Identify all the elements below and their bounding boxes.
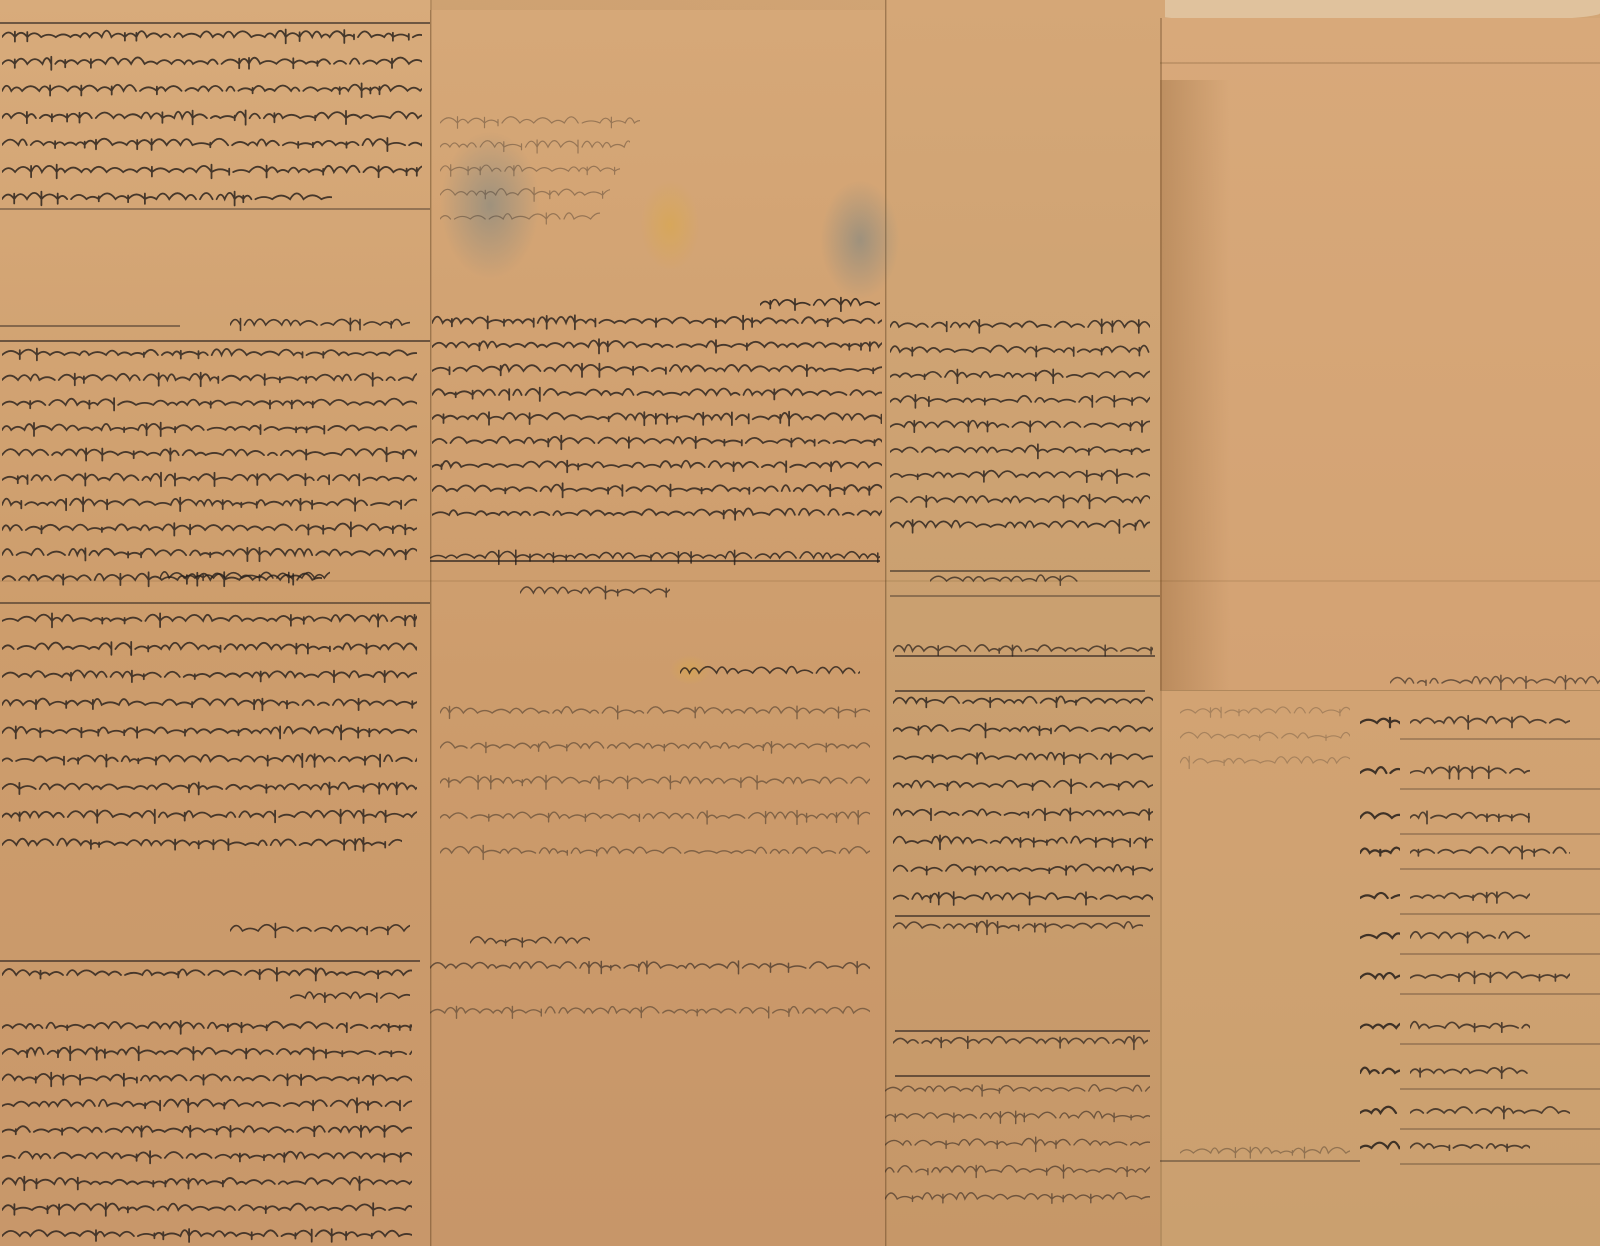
handwritten-line (1360, 805, 1400, 831)
handwritten-line (890, 314, 1150, 340)
handwritten-line (1360, 885, 1400, 911)
handwritten-line (893, 830, 1153, 856)
handwritten-line (432, 454, 882, 480)
handwritten-line (2, 132, 422, 158)
handwritten-line (520, 580, 670, 606)
handwritten-line (160, 565, 330, 591)
handwritten-line (432, 334, 882, 360)
handwritten-line (890, 389, 1150, 415)
yellow-stain (640, 180, 700, 270)
handwritten-line (1360, 840, 1400, 866)
handwritten-line (1410, 1015, 1530, 1041)
handwritten-line (440, 206, 600, 232)
handwritten-line (885, 1186, 1150, 1212)
ruled-line (0, 325, 180, 327)
handwritten-line (1410, 1060, 1530, 1086)
handwritten-line (890, 489, 1150, 515)
handwritten-line (893, 746, 1153, 772)
handwritten-line (430, 955, 870, 981)
ruled-line (0, 208, 430, 210)
water-stain (1160, 80, 1230, 700)
handwritten-line (2, 1197, 412, 1223)
handwritten-line (885, 1159, 1150, 1185)
handwritten-line (1360, 1060, 1400, 1086)
handwritten-line (893, 638, 1153, 664)
handwritten-line (2, 1145, 412, 1171)
handwritten-line (1180, 700, 1350, 726)
handwritten-line (893, 690, 1153, 716)
handwritten-line (1360, 760, 1400, 786)
handwritten-line (2, 467, 417, 493)
handwritten-line (432, 358, 882, 384)
handwritten-line (2, 1067, 412, 1093)
handwritten-line (2, 51, 422, 77)
handwritten-line (2, 159, 422, 185)
ruled-line (1400, 833, 1600, 835)
handwritten-line (2, 492, 417, 518)
ruled-line (1400, 868, 1600, 870)
handwritten-line (230, 918, 410, 944)
ruled-line (1400, 1043, 1600, 1045)
handwritten-line (885, 1078, 1150, 1104)
handwritten-line (440, 805, 870, 831)
handwritten-line (2, 1119, 412, 1145)
handwritten-line (2, 776, 417, 802)
handwritten-line (1360, 1100, 1400, 1126)
handwritten-line (680, 660, 860, 686)
handwritten-line (470, 930, 590, 956)
ruled-line (1400, 953, 1600, 955)
handwritten-line (2, 720, 417, 746)
handwritten-line (1360, 1015, 1400, 1041)
handwritten-line (930, 568, 1080, 594)
handwritten-line (1410, 1100, 1570, 1126)
handwritten-line (430, 1000, 870, 1026)
handwritten-line (2, 392, 417, 418)
handwritten-line (440, 158, 620, 184)
handwritten-line (2, 24, 422, 50)
handwritten-line (893, 774, 1153, 800)
handwritten-line (2, 1041, 412, 1067)
handwritten-line (1410, 965, 1570, 991)
handwritten-line (230, 312, 410, 338)
handwritten-line (1390, 670, 1600, 696)
handwritten-line (2, 748, 417, 774)
handwritten-line (885, 1105, 1150, 1131)
handwritten-line (1360, 710, 1400, 736)
handwritten-line (1360, 965, 1400, 991)
ruled-line (1400, 788, 1600, 790)
handwritten-line (890, 364, 1150, 390)
handwritten-line (440, 770, 870, 796)
handwritten-line (2, 692, 417, 718)
handwritten-line (1410, 1135, 1530, 1161)
handwritten-line (2, 832, 402, 858)
handwritten-line (2, 636, 417, 662)
ruled-line (1400, 913, 1600, 915)
handwritten-line (1180, 725, 1350, 751)
handwritten-line (432, 406, 882, 432)
handwritten-line (2, 1015, 412, 1041)
handwritten-line (1360, 925, 1400, 951)
handwritten-line (2, 417, 417, 443)
handwritten-line (890, 414, 1150, 440)
ruled-line (1400, 1088, 1600, 1090)
handwritten-line (430, 545, 880, 571)
handwritten-line (2, 1223, 412, 1246)
handwritten-line (440, 110, 640, 136)
handwritten-line (890, 339, 1150, 365)
handwritten-line (1360, 1135, 1400, 1161)
handwritten-line (440, 182, 610, 208)
handwritten-line (893, 718, 1153, 744)
ruled-line (1160, 1160, 1360, 1162)
handwritten-line (440, 700, 870, 726)
handwritten-line (2, 342, 417, 368)
blue-ink-mark (820, 180, 900, 300)
handwritten-line (440, 840, 870, 866)
handwritten-line (890, 439, 1150, 465)
handwritten-line (2, 105, 422, 131)
handwritten-line (893, 858, 1153, 884)
handwritten-line (2, 1171, 412, 1197)
handwritten-line (432, 382, 882, 408)
fold-line (1160, 62, 1600, 64)
handwritten-line (893, 802, 1153, 828)
ruled-line (0, 602, 430, 604)
sheet-center-right (885, 0, 1165, 1246)
handwritten-line (1180, 1140, 1350, 1166)
handwritten-line (885, 1132, 1150, 1158)
handwritten-line (432, 502, 882, 528)
ruled-line (1400, 738, 1600, 740)
handwritten-line (893, 915, 1143, 941)
fold-line (1160, 690, 1162, 1246)
handwritten-line (2, 664, 417, 690)
handwritten-line (1410, 805, 1530, 831)
handwritten-line (2, 442, 417, 468)
handwritten-line (1180, 750, 1350, 776)
handwritten-line (440, 134, 630, 160)
handwritten-line (1410, 840, 1570, 866)
ruled-line (890, 595, 1160, 597)
ruled-line (895, 1075, 1150, 1077)
manuscript-photo (0, 0, 1600, 1246)
ruled-line (1400, 1128, 1600, 1130)
handwritten-line (893, 1030, 1148, 1056)
ruled-line (1400, 993, 1600, 995)
handwritten-line (432, 478, 882, 504)
handwritten-line (432, 310, 882, 336)
ruled-line (1400, 1163, 1600, 1165)
handwritten-line (893, 886, 1153, 912)
handwritten-line (1410, 710, 1570, 736)
handwritten-line (432, 430, 882, 456)
handwritten-line (2, 1093, 412, 1119)
handwritten-line (440, 735, 870, 761)
handwritten-line (1410, 925, 1530, 951)
handwritten-line (890, 514, 1150, 540)
handwritten-line (890, 464, 1150, 490)
handwritten-line (1410, 760, 1530, 786)
handwritten-line (2, 608, 417, 634)
handwritten-line (1410, 885, 1530, 911)
handwritten-line (2, 804, 417, 830)
fold-line (430, 0, 432, 1246)
handwritten-line (2, 367, 417, 393)
handwritten-line (2, 78, 422, 104)
handwritten-line (2, 517, 417, 543)
handwritten-line (290, 985, 410, 1011)
